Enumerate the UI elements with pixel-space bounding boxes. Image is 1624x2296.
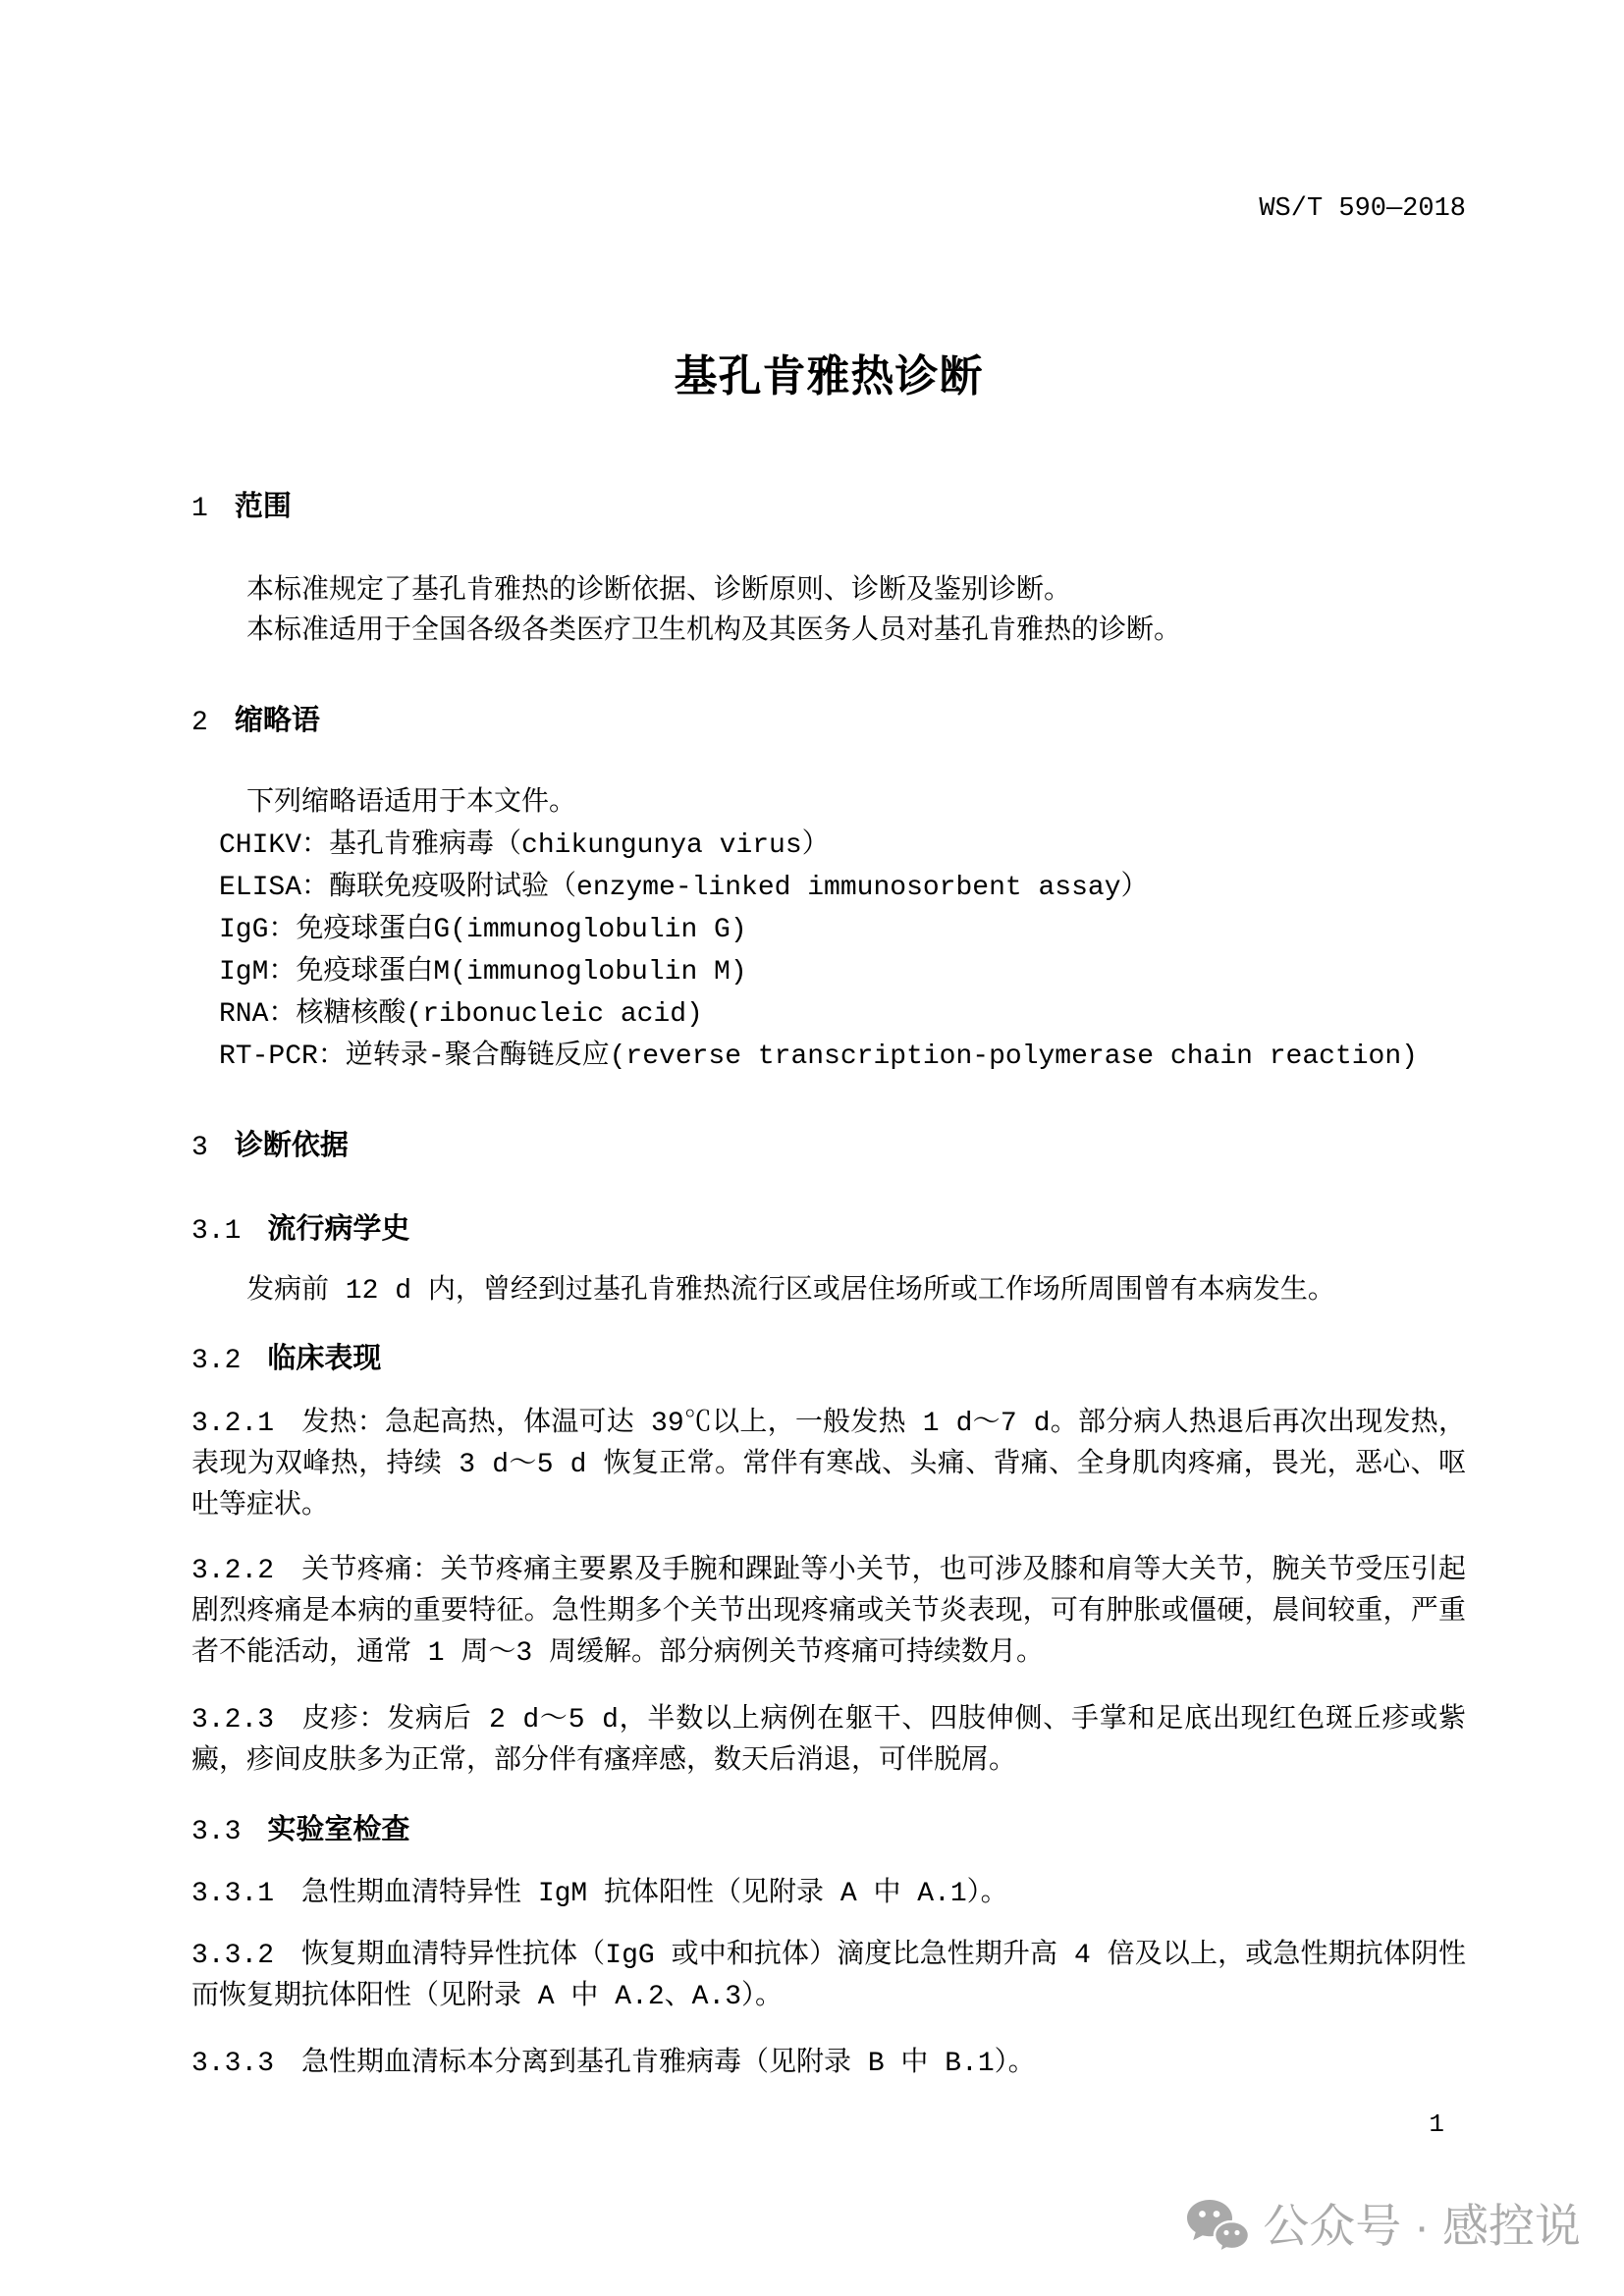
section-3-3-heading: 3.3实验室检查 (191, 1814, 1466, 1848)
section-1-heading: 1范围 (191, 491, 1466, 525)
abbreviation-item: CHIKV：基孔肯雅病毒（chikungunya virus） (191, 825, 1466, 867)
section-title: 流行病学史 (267, 1213, 409, 1245)
paragraph: 本标准规定了基孔肯雅热的诊断依据、诊断原则、诊断及鉴别诊断。 (191, 571, 1466, 613)
clause-number: 3.2.1 (191, 1409, 274, 1439)
clause-text: 恢复期血清特异性抗体（IgG 或中和抗体）滴度比急性期升高 4 倍及以上，或急性… (191, 1941, 1466, 2012)
numbered-paragraph: 3.3.3急性期血清标本分离到基孔肯雅病毒（见附录 B 中 B.1）。 (191, 2044, 1466, 2085)
numbered-paragraph: 3.2.2关节疼痛：关节疼痛主要累及手腕和踝趾等小关节，也可涉及膝和肩等大关节，… (191, 1551, 1466, 1675)
numbered-paragraph: 3.2.1发热：急起高热，体温可达 39℃以上，一般发热 1 d～7 d。部分病… (191, 1404, 1466, 1527)
section-3-1-heading: 3.1流行病学史 (191, 1213, 1466, 1248)
section-number: 3.1 (191, 1216, 241, 1247)
page-number: 1 (1429, 2110, 1444, 2138)
clause-number: 3.3.3 (191, 2049, 274, 2079)
clause-number: 3.3.1 (191, 1879, 274, 1909)
clause-number: 3.2.2 (191, 1556, 274, 1586)
abbreviation-list: 下列缩略语适用于本文件。 CHIKV：基孔肯雅病毒（chikungunya vi… (191, 782, 1466, 1078)
clause-text: 关节疼痛：关节疼痛主要累及手腕和踝趾等小关节，也可涉及膝和肩等大关节，腕关节受压… (191, 1556, 1466, 1669)
section-3-2-heading: 3.2临床表现 (191, 1343, 1466, 1377)
abbreviation-item: IgM：免疫球蛋白M(immunoglobulin M) (191, 951, 1466, 993)
watermark: 公众号 · 感控说 (1185, 2197, 1581, 2256)
section-title: 缩略语 (235, 705, 320, 736)
abbreviation-item: IgG：免疫球蛋白G(immunoglobulin G) (191, 909, 1466, 951)
clause-text: 急性期血清特异性 IgM 抗体阳性（见附录 A 中 A.1）。 (301, 1879, 1008, 1909)
section-number: 1 (191, 494, 208, 524)
document-page: WS/T 590—2018 基孔肯雅热诊断 1范围 本标准规定了基孔肯雅热的诊断… (0, 0, 1624, 2296)
abbreviation-item: ELISA：酶联免疫吸附试验（enzyme-linked immunosorbe… (191, 867, 1466, 909)
section-number: 3.3 (191, 1817, 241, 1847)
clause-text: 急性期血清标本分离到基孔肯雅病毒（见附录 B 中 B.1）。 (301, 2049, 1036, 2079)
section-title: 实验室检查 (267, 1814, 409, 1845)
paragraph: 发病前 12 d 内，曾经到过基孔肯雅热流行区或居住场所或工作场所周围曾有本病发… (191, 1271, 1466, 1312)
abbreviation-intro: 下列缩略语适用于本文件。 (191, 782, 1466, 825)
numbered-paragraph: 3.2.3皮疹：发病后 2 d～5 d，半数以上病例在躯干、四肢伸侧、手掌和足底… (191, 1700, 1466, 1783)
clause-text: 发热：急起高热，体温可达 39℃以上，一般发热 1 d～7 d。部分病人热退后再… (191, 1409, 1466, 1522)
clause-number: 3.3.2 (191, 1941, 274, 1971)
watermark-text: 公众号 · 感控说 (1263, 2197, 1581, 2256)
wechat-icon (1185, 2198, 1250, 2255)
numbered-paragraph: 3.3.1急性期血清特异性 IgM 抗体阳性（见附录 A 中 A.1）。 (191, 1874, 1466, 1915)
section-title: 范围 (235, 491, 292, 522)
page-title: 基孔肯雅热诊断 (191, 349, 1466, 404)
section-title: 临床表现 (267, 1343, 381, 1374)
abbreviation-item: RNA：核糖核酸(ribonucleic acid) (191, 993, 1466, 1036)
numbered-paragraph: 3.3.2恢复期血清特异性抗体（IgG 或中和抗体）滴度比急性期升高 4 倍及以… (191, 1936, 1466, 2018)
clause-number: 3.2.3 (191, 1705, 274, 1735)
section-number: 3 (191, 1133, 208, 1163)
clause-text: 皮疹：发病后 2 d～5 d，半数以上病例在躯干、四肢伸侧、手掌和足底出现红色斑… (191, 1705, 1466, 1777)
abbreviation-item: RT-PCR：逆转录-聚合酶链反应(reverse transcription-… (191, 1036, 1466, 1078)
section-3-heading: 3诊断依据 (191, 1130, 1466, 1164)
section-2-heading: 2缩略语 (191, 705, 1466, 739)
section-title: 诊断依据 (235, 1130, 349, 1161)
section-number: 2 (191, 708, 208, 738)
doc-code: WS/T 590—2018 (191, 193, 1466, 225)
section-number: 3.2 (191, 1346, 241, 1376)
paragraph: 本标准适用于全国各级各类医疗卫生机构及其医务人员对基孔肯雅热的诊断。 (191, 612, 1466, 653)
